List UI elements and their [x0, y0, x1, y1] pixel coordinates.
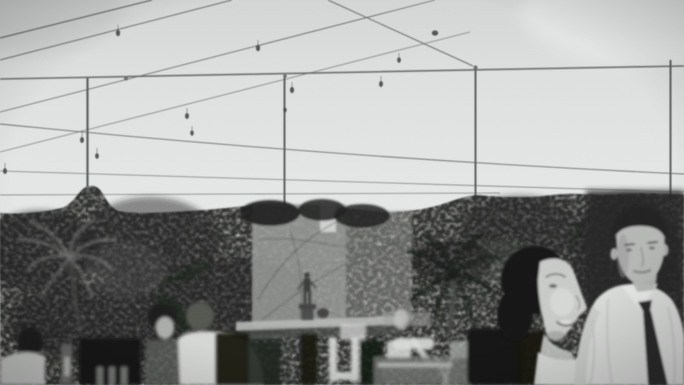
vintage-terrace-photo: Black-and-white vintage film still of an…: [0, 0, 684, 385]
vignette: [0, 0, 684, 385]
photo-canvas: [0, 0, 684, 385]
